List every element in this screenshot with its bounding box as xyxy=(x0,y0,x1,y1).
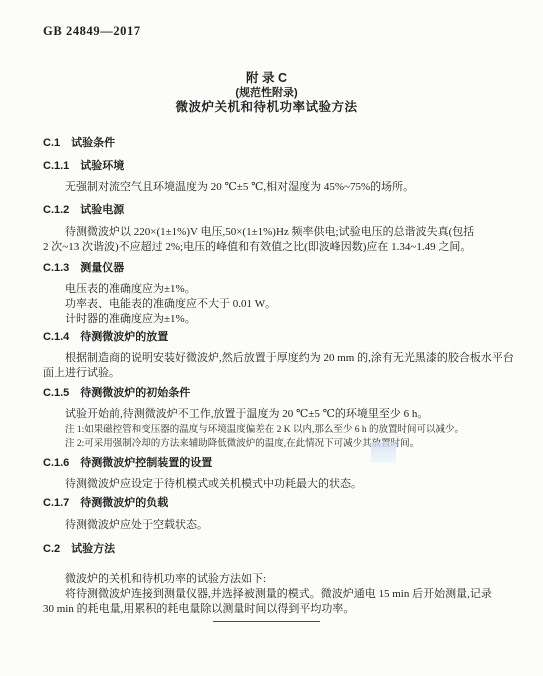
section-number: C.2 xyxy=(43,543,60,555)
watermark-stamp xyxy=(371,442,396,463)
page-content-column: GB 24849—2017 附 录 C (规范性附录) 微波炉关机和待机功率试验… xyxy=(43,0,490,622)
section-heading-c16: C.1.6待测微波炉控制装置的设置 xyxy=(43,457,490,470)
section-heading-c1: C.1试验条件 xyxy=(43,137,490,150)
section-number: C.1.6 xyxy=(43,457,69,469)
section-heading-c12: C.1.2试验电源 xyxy=(43,204,490,217)
section-title: 试验电源 xyxy=(80,204,124,216)
section-number: C.1.1 xyxy=(43,160,69,172)
section-number: C.1.5 xyxy=(43,387,69,399)
section-number: C.1.2 xyxy=(43,204,69,216)
section-heading-c11: C.1.1试验环境 xyxy=(43,160,490,173)
appendix-normative-label: (规范性附录) xyxy=(43,86,490,100)
paragraph-line: 将待测微波炉连接到测量仪器,并选择被测量的模式。微波炉通电 15 min 后开始… xyxy=(43,587,490,602)
appendix-title-block: 附 录 C (规范性附录) 微波炉关机和待机功率试验方法 xyxy=(43,71,490,115)
section-title: 试验环境 xyxy=(80,160,124,172)
paragraph-line: 试验开始前,待测微波炉不工作,放置于温度为 20 ℃±5 ℃的环境里至少 6 h… xyxy=(43,407,490,422)
section-number: C.1 xyxy=(43,137,60,149)
section-heading-c15: C.1.5待测微波炉的初始条件 xyxy=(43,387,490,400)
appendix-heading: 附 录 C xyxy=(43,71,490,86)
section-number: C.1.4 xyxy=(43,331,69,343)
note-line: 注 2:可采用强制冷却的方法来辅助降低微波炉的温度,在此情况下可减少其放置时间。 xyxy=(43,437,490,451)
section-title: 待测微波炉的放置 xyxy=(80,331,168,343)
paragraph-line: 计时器的准确度应为±1%。 xyxy=(43,312,490,327)
paragraph-line: 无强制对流空气且环境温度为 20 ℃±5 ℃,相对湿度为 45%~75%的场所。 xyxy=(43,180,490,195)
paragraph-line: 待测微波炉以 220×(1±1%)V 电压,50×(1±1%)Hz 频率供电;试… xyxy=(43,225,490,240)
section-number: C.1.3 xyxy=(43,262,69,274)
section-heading-c13: C.1.3测量仪器 xyxy=(43,262,490,275)
paragraph-line: 微波炉的关机和待机功率的试验方法如下: xyxy=(43,572,490,587)
paragraph-line: 待测微波炉应处于空载状态。 xyxy=(43,518,490,533)
paragraph-line: 2 次~13 次谐波)不应超过 2%;电压的峰值和有效值之比(即波峰因数)应在 … xyxy=(43,240,490,255)
scanned-standard-page: GB 24849—2017 附 录 C (规范性附录) 微波炉关机和待机功率试验… xyxy=(0,0,543,676)
paragraph-line: 面上进行试验。 xyxy=(43,366,490,381)
paragraph-line: 30 min 的耗电量,用累积的耗电量除以测量时间以得到平均功率。 xyxy=(43,602,490,617)
section-title: 测量仪器 xyxy=(80,262,124,274)
paragraph-line: 待测微波炉应设定于待机模式或关机模式中功耗最大的状态。 xyxy=(43,477,490,492)
section-title: 试验方法 xyxy=(71,543,115,555)
paragraph-line: 功率表、电能表的准确度应不大于 0.01 W。 xyxy=(43,297,490,312)
note-line: 注 1:如果磁控管和变压器的温度与环境温度偏差在 2 K 以内,那么至少 6 h… xyxy=(43,423,490,437)
end-of-document-rule xyxy=(213,621,320,622)
section-heading-c17: C.1.7待测微波炉的负载 xyxy=(43,497,490,510)
section-number: C.1.7 xyxy=(43,497,69,509)
standard-number: GB 24849—2017 xyxy=(43,24,490,38)
paragraph-line: 根据制造商的说明安装好微波炉,然后放置于厚度约为 20 mm 的,涂有无光黑漆的… xyxy=(43,351,490,366)
section-title: 待测微波炉的负载 xyxy=(80,497,168,509)
section-title: 试验条件 xyxy=(71,137,115,149)
appendix-subject-title: 微波炉关机和待机功率试验方法 xyxy=(43,100,490,115)
paragraph-line: 电压表的准确度应为±1%。 xyxy=(43,282,490,297)
section-heading-c14: C.1.4待测微波炉的放置 xyxy=(43,331,490,344)
section-heading-c2: C.2试验方法 xyxy=(43,543,490,556)
section-title: 待测微波炉的初始条件 xyxy=(80,387,190,399)
section-title: 待测微波炉控制装置的设置 xyxy=(80,457,212,469)
